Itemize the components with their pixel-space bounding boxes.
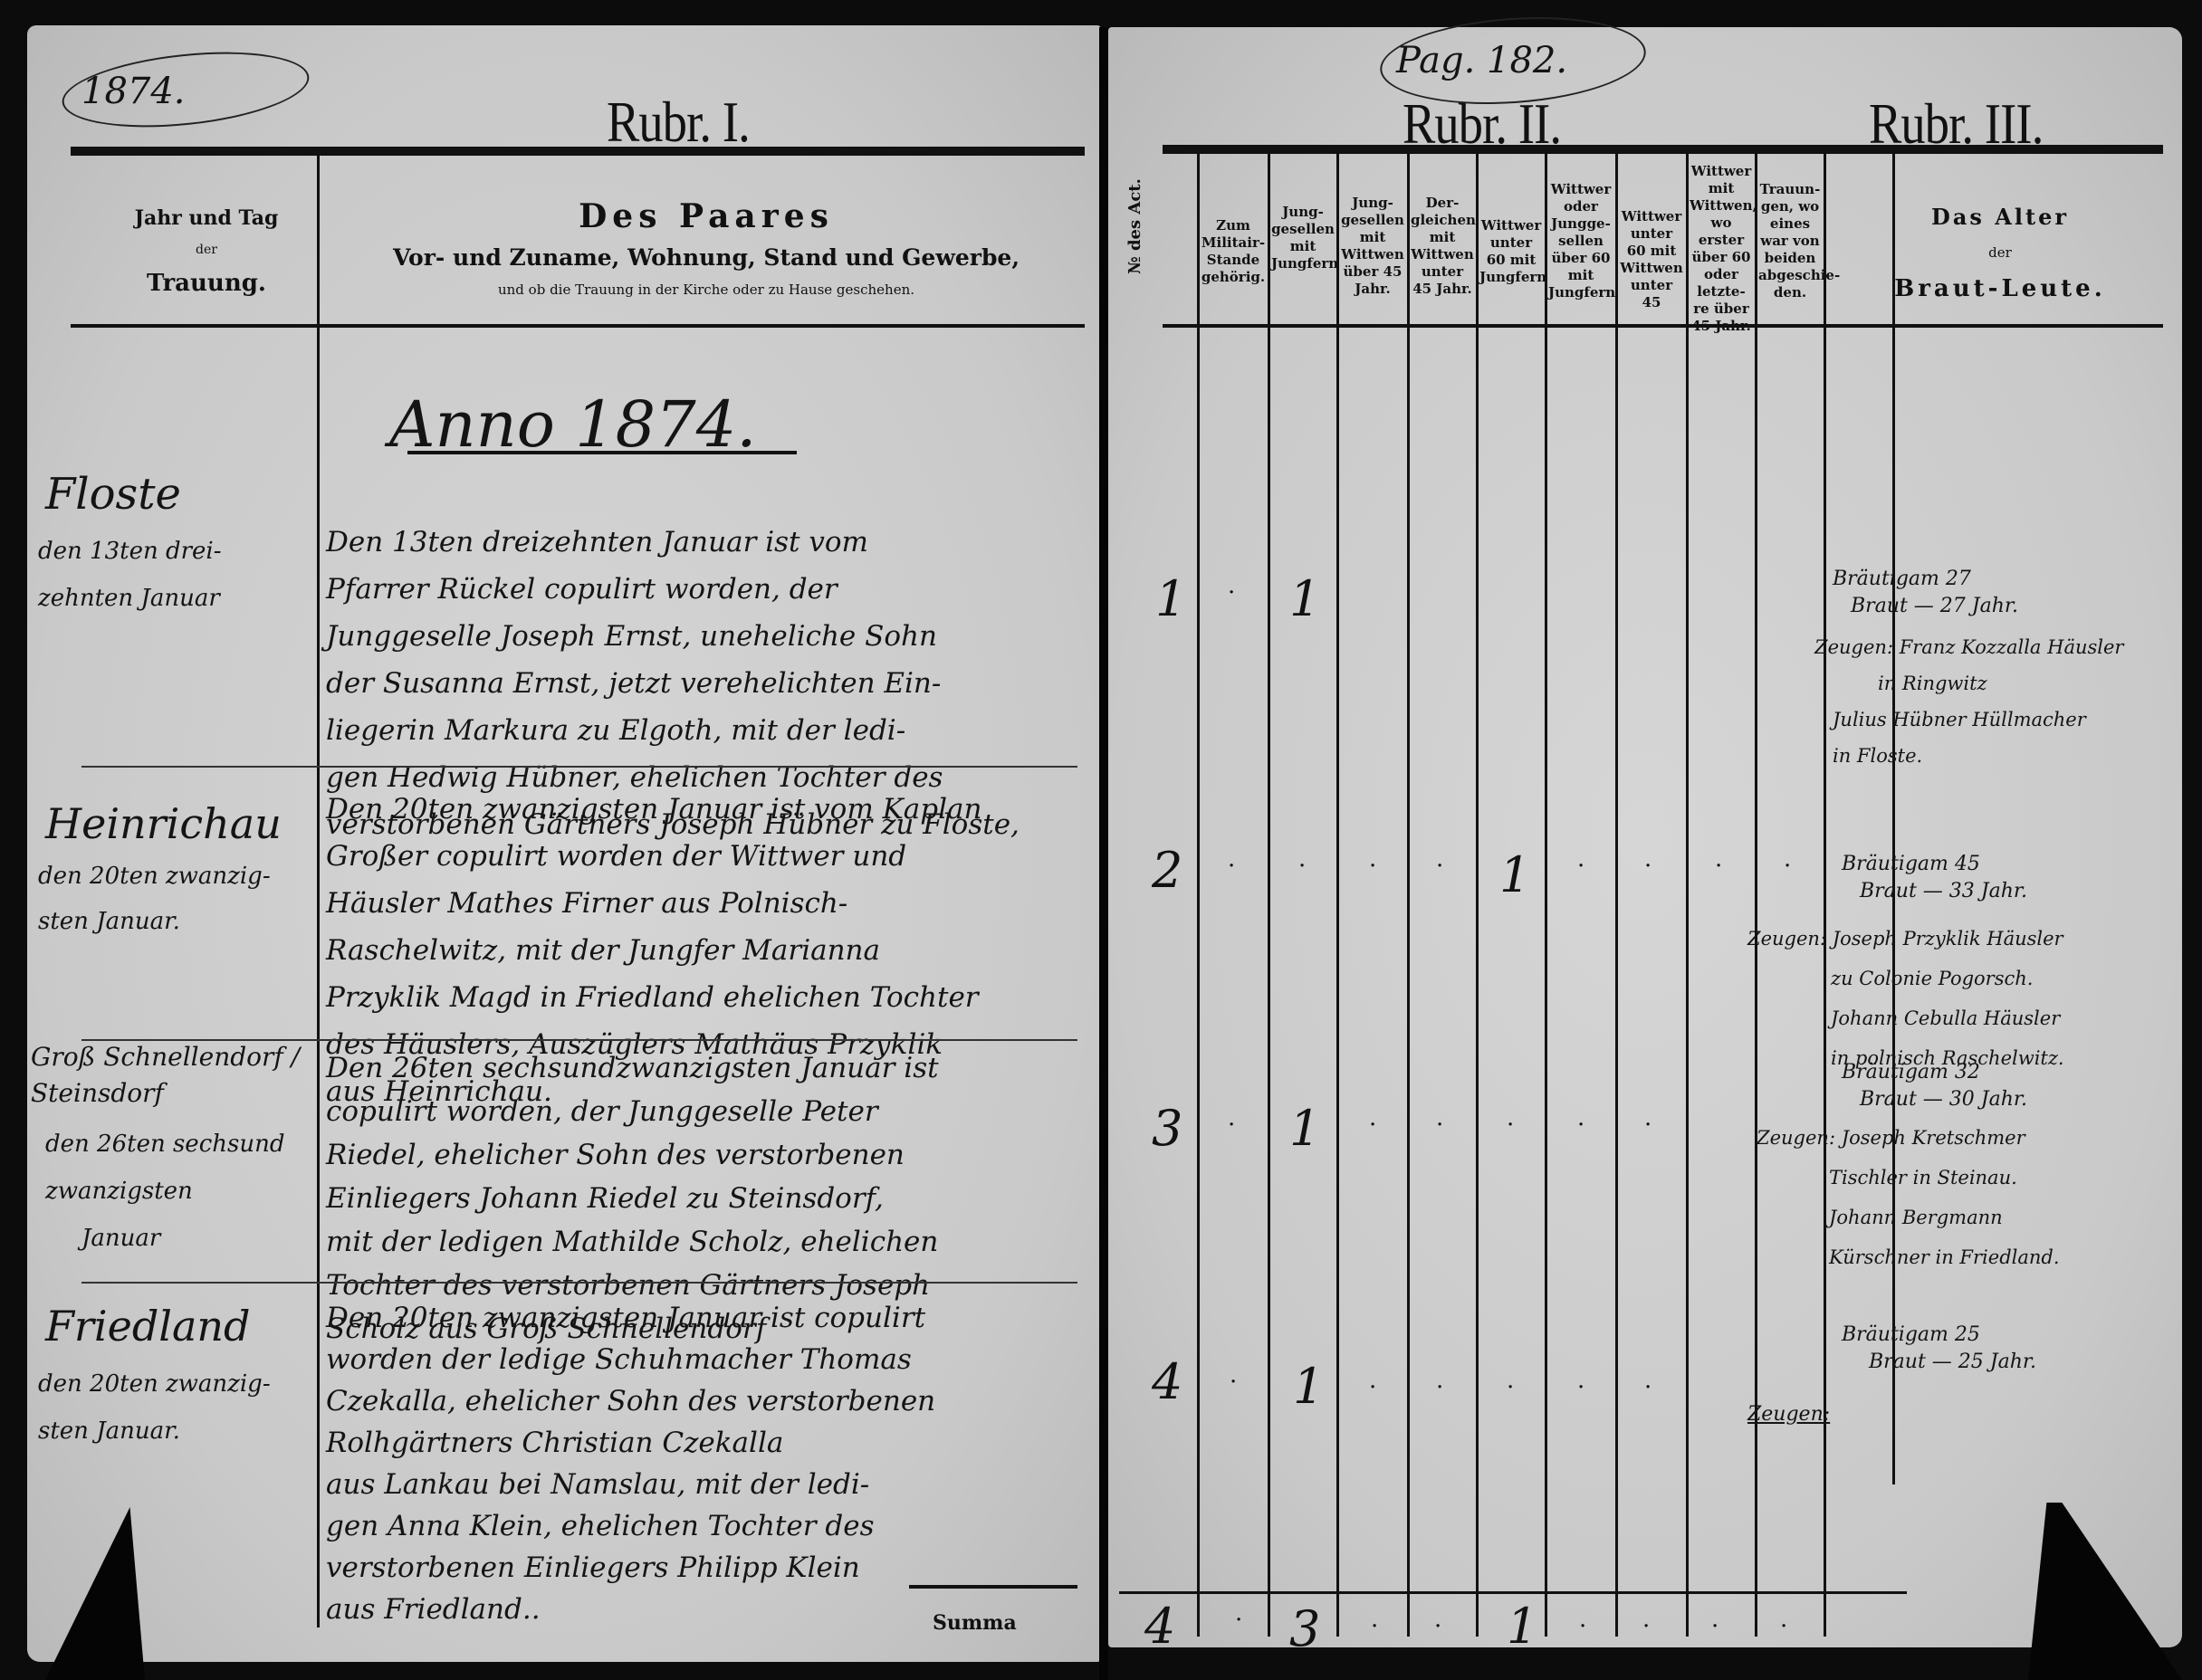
row-3-mark-w60-jf: ·: [1507, 1112, 1514, 1139]
column-divider: [1892, 154, 1895, 1484]
row-2-alter-line: Bräutigam 45: [1842, 851, 2027, 878]
entry-3-date-line: den 26ten sechsund: [45, 1121, 284, 1168]
summa-rule: [1119, 1591, 1907, 1594]
row-2-mark-jg-jf: ·: [1298, 853, 1306, 880]
column-divider: [1476, 154, 1479, 1637]
entry-2-date-line: den 20ten zwanzig-: [38, 854, 271, 899]
entry-1-date: den 13ten drei- zehnten Januar: [38, 528, 222, 622]
right-page: Pag. 182. Rubr. II. Rubr. III. № des Act…: [1108, 27, 2182, 1647]
entry-4-line: gen Anna Klein, ehelichen Tochter des: [326, 1505, 935, 1547]
summa-mark-w60-jf: 1: [1507, 1598, 1537, 1655]
row-2-mark-w-ueber60: ·: [1577, 853, 1584, 880]
row-1-alter-line: Bräutigam 27: [1833, 566, 2018, 593]
entry-3-place: Groß Schnellendorf / Steinsdorf: [31, 1039, 311, 1112]
row-2-zeugen-line: zu Colonie Pogorsch.: [1747, 959, 2064, 998]
row-4-mark-jg-wu45: ·: [1369, 1374, 1376, 1401]
col-date-header-line2: der: [71, 243, 342, 257]
row-4-mark-jg-jf: 1: [1293, 1358, 1324, 1415]
summa-mark-geschieden: ·: [1780, 1613, 1787, 1640]
col-couple-title: Des Paares: [326, 197, 1087, 235]
col-header-geschieden: Trauun-gen, wo eines war von beiden abge…: [1758, 181, 1822, 301]
row-3-zeugen-line: Johann Bergmann: [1757, 1198, 2060, 1237]
entry-3-line: Riedel, ehelicher Sohn des verstorbenen: [326, 1133, 939, 1177]
row-1-zeugen: Zeugen: Franz Kozzalla Häusler in Ringwi…: [1814, 629, 2123, 774]
col-header-ww: Wittwer mit Wittwen, wo erster über 60 o…: [1690, 163, 1753, 335]
column-divider: [1615, 154, 1618, 1637]
row-1-zeugen-line: Julius Hübner Hüllmacher: [1814, 702, 2123, 738]
row-1-nr: 1: [1155, 570, 1186, 627]
summa-nr: 4: [1144, 1598, 1175, 1655]
col-header-jg-jf: Jung-gesellen mit Jungfern: [1271, 204, 1335, 272]
entry-4-date-line: den 20ten zwanzig-: [38, 1360, 271, 1408]
entry-3-line: Den 26ten sechsundzwanzigsten Januar ist: [326, 1046, 939, 1090]
row-2-mark-ww: ·: [1715, 853, 1722, 880]
summa-mark-jg-jf: 3: [1289, 1600, 1320, 1657]
row-2-alter: Bräutigam 45 Braut — 33 Jahr.: [1842, 851, 2027, 905]
year-annotation: 1874.: [81, 71, 186, 112]
entry-2-place: Heinrichau: [45, 799, 282, 848]
header-bottom-rule: [1163, 324, 2163, 328]
col-header-w-ueber60: Wittwer oder Jungge-sellen über 60 mit J…: [1548, 181, 1613, 301]
row-3-zeugen: Zeugen: Joseph Kretschmer Tischler in St…: [1757, 1118, 2060, 1277]
row-2-zeugen: Zeugen: Joseph Przyklik Häusler zu Colon…: [1747, 919, 2064, 1078]
row-1-alter: Bräutigam 27 Braut — 27 Jahr.: [1833, 566, 2018, 620]
header-top-rule: [71, 147, 1085, 156]
alter-header-line3: Braut-Leute.: [1833, 275, 2168, 302]
col-header-nr: № des Act.: [1126, 154, 1144, 299]
entry-4-line: aus Lankau bei Namslau, mit der ledi-: [326, 1464, 935, 1505]
alter-header-line1: Das Alter: [1833, 204, 2168, 230]
row-4-mark-w60-w45: ·: [1644, 1374, 1651, 1401]
row-3-mark-w60-w45: ·: [1644, 1112, 1651, 1139]
row-3-mark-w-ueber60: ·: [1577, 1112, 1584, 1139]
entry-2-line: Häusler Mathes Firner aus Polnisch-: [326, 880, 981, 927]
entry-2-line: Raschelwitz, mit der Jungfer Marianna: [326, 927, 981, 974]
left-page: 1874. Rubr. I. Jahr und Tag der Trauung.…: [27, 25, 1101, 1662]
row-3-zeugen-line: Kürschner in Friedland.: [1757, 1237, 2060, 1277]
col-header-w60-w45: Wittwer unter 60 mit Wittwen unter 45: [1619, 208, 1684, 311]
entry-4-place: Friedland: [45, 1302, 251, 1351]
alter-header-line2: der: [1833, 244, 2168, 261]
row-3-mark-jg-jf: 1: [1289, 1100, 1320, 1157]
row-2-mark-geschieden: ·: [1784, 853, 1791, 880]
row-4-mark-militair: ·: [1230, 1369, 1237, 1396]
summa-mark-w-ueber60: ·: [1579, 1613, 1586, 1640]
entry-4-text: Den 20ten zwanzigsten Januar ist copulir…: [326, 1297, 935, 1630]
entry-4-date: den 20ten zwanzig- sten Januar.: [38, 1360, 271, 1455]
column-divider: [1197, 154, 1200, 1637]
entry-separator: [81, 1282, 1077, 1284]
row-4-alter: Bräutigam 25 Braut — 25 Jahr.: [1842, 1322, 2036, 1376]
entry-1-line: Pfarrer Rückel copulirt worden, der: [326, 566, 1020, 613]
entry-3-date-line: Januar: [45, 1215, 284, 1262]
row-3-alter-line: Bräutigam 32: [1842, 1059, 2027, 1086]
row-4-alter-line: Braut — 25 Jahr.: [1842, 1349, 2036, 1376]
entry-4-line: Czekalla, ehelicher Sohn des verstorbene…: [326, 1380, 935, 1422]
row-3-alter-line: Braut — 30 Jahr.: [1842, 1086, 2027, 1113]
entry-2-line: Großer copulirt worden der Wittwer und: [326, 833, 981, 880]
entry-2-line: Przyklik Magd in Friedland ehelichen Toc…: [326, 974, 981, 1021]
row-1-zeugen-line: in Floste.: [1814, 738, 2123, 774]
col-couple-line2: und ob die Trauung in der Kirche oder zu…: [326, 282, 1087, 298]
col-couple-line1: Vor- und Zuname, Wohnung, Stand und Gewe…: [326, 244, 1087, 271]
row-2-mark-w60-w45: ·: [1644, 853, 1651, 880]
row-4-zeugen: Zeugen:: [1747, 1403, 1830, 1426]
row-3-zeugen-line: Zeugen: Joseph Kretschmer: [1757, 1118, 2060, 1158]
column-divider: [317, 156, 320, 1627]
entry-3-date: den 26ten sechsund zwanzigsten Januar: [45, 1121, 284, 1262]
row-2-mark-militair: ·: [1228, 853, 1235, 880]
entry-3-line: Einliegers Johann Riedel zu Steinsdorf,: [326, 1177, 939, 1220]
rubric-i-title: Rubr. I.: [607, 89, 750, 156]
entry-4-line: worden der ledige Schuhmacher Thomas: [326, 1339, 935, 1380]
entry-3-line: copulirt worden, der Junggeselle Peter: [326, 1090, 939, 1133]
anno-underline: [407, 451, 797, 454]
row-2-mark-dgl-w45: ·: [1436, 853, 1443, 880]
row-4-mark-w-ueber60: ·: [1577, 1374, 1584, 1401]
entry-1-date-line: zehnten Januar: [38, 575, 222, 622]
row-1-alter-line: Braut — 27 Jahr.: [1833, 593, 2018, 620]
entry-4-line: verstorbenen Einliegers Philipp Klein: [326, 1547, 935, 1589]
column-divider: [1686, 154, 1689, 1637]
entry-4-line: aus Friedland..: [326, 1589, 935, 1630]
entry-2-line: Den 20ten zwanzigsten Januar ist vom Kap…: [326, 786, 981, 833]
entry-2-date: den 20ten zwanzig- sten Januar.: [38, 854, 271, 944]
entry-separator: [81, 766, 1077, 768]
header-top-rule: [1163, 145, 2163, 154]
row-2-zeugen-line: Zeugen: Joseph Przyklik Häusler: [1747, 919, 2064, 959]
col-header-jg-wu45: Jung-gesellen mit Wittwen über 45 Jahr.: [1340, 195, 1405, 298]
col-date-header-line3: Trauung.: [71, 270, 342, 297]
entry-4-line: Den 20ten zwanzigsten Januar ist copulir…: [326, 1297, 935, 1339]
col-header-militair: Zum Militair-Stande gehörig.: [1201, 217, 1266, 286]
entry-4-date-line: sten Januar.: [38, 1408, 271, 1455]
row-3-nr: 3: [1152, 1100, 1182, 1157]
entry-1-date-line: den 13ten drei-: [38, 528, 222, 575]
summa-mark-militair: ·: [1235, 1607, 1242, 1634]
row-2-zeugen-line: Johann Cebulla Häusler: [1747, 998, 2064, 1038]
row-4-mark-dgl-w45: ·: [1436, 1374, 1443, 1401]
row-2-mark-w60-jf: 1: [1499, 846, 1530, 903]
entry-1-line: der Susanna Ernst, jetzt verehelichten E…: [326, 660, 1020, 707]
row-3-alter: Bräutigam 32 Braut — 30 Jahr.: [1842, 1059, 2027, 1113]
entry-4-line: Rolhgärtners Christian Czekalla: [326, 1422, 935, 1464]
header-bottom-rule: [71, 324, 1085, 328]
column-divider: [1407, 154, 1410, 1637]
alter-header: Das Alter der Braut-Leute.: [1833, 204, 2168, 302]
row-1-mark-militair: ·: [1228, 579, 1235, 606]
entry-3-line: mit der ledigen Mathilde Scholz, ehelich…: [326, 1220, 939, 1264]
summa-mark-jg-wu45: ·: [1371, 1613, 1378, 1640]
book-gutter: [1099, 27, 1108, 1680]
entry-1-line: Junggeselle Joseph Ernst, uneheliche Soh…: [326, 613, 1020, 660]
row-1-zeugen-line: in Ringwitz: [1814, 665, 2123, 702]
entry-1-line: liegerin Markura zu Elgoth, mit der ledi…: [326, 707, 1020, 754]
row-4-zeugen-line: Zeugen:: [1747, 1403, 1830, 1426]
entry-2-date-line: sten Januar.: [38, 899, 271, 944]
row-4-mark-w60-jf: ·: [1507, 1374, 1514, 1401]
col-date-header-line1: Jahr und Tag: [71, 206, 342, 230]
row-2-nr: 2: [1152, 842, 1182, 899]
col-header-w60-jf: Wittwer unter 60 mit Jungfern: [1479, 217, 1543, 286]
row-2-mark-jg-wu45: ·: [1369, 853, 1376, 880]
summa-mark-dgl-w45: ·: [1434, 1613, 1441, 1640]
col-couple-header: Des Paares Vor- und Zuname, Wohnung, Sta…: [326, 197, 1087, 298]
page-annotation: Pag. 182.: [1396, 40, 1567, 81]
summa-mark-w60-w45: ·: [1642, 1613, 1650, 1640]
row-3-mark-dgl-w45: ·: [1436, 1112, 1443, 1139]
summa-label: Summa: [933, 1611, 1017, 1635]
col-header-dgl-w45: Der-gleichen mit Wittwen unter 45 Jahr.: [1411, 195, 1474, 298]
summa-rule: [909, 1585, 1077, 1589]
row-3-zeugen-line: Tischler in Steinau.: [1757, 1158, 2060, 1198]
column-divider: [1336, 154, 1339, 1637]
entry-3-date-line: zwanzigsten: [45, 1168, 284, 1215]
summa-mark-ww: ·: [1711, 1613, 1719, 1640]
row-3-mark-militair: ·: [1228, 1112, 1235, 1139]
column-divider: [1268, 154, 1270, 1637]
row-4-nr: 4: [1152, 1353, 1182, 1410]
row-1-zeugen-line: Zeugen: Franz Kozzalla Häusler: [1814, 629, 2123, 665]
row-2-alter-line: Braut — 33 Jahr.: [1842, 878, 2027, 905]
col-date-header: Jahr und Tag der Trauung.: [71, 206, 342, 297]
entry-1-line: Den 13ten dreizehnten Januar ist vom: [326, 519, 1020, 566]
row-1-mark-jg-jf: 1: [1289, 570, 1320, 627]
row-4-alter-line: Bräutigam 25: [1842, 1322, 2036, 1349]
entry-1-place: Floste: [45, 469, 181, 520]
row-3-mark-jg-wu45: ·: [1369, 1112, 1376, 1139]
column-divider: [1545, 154, 1547, 1637]
